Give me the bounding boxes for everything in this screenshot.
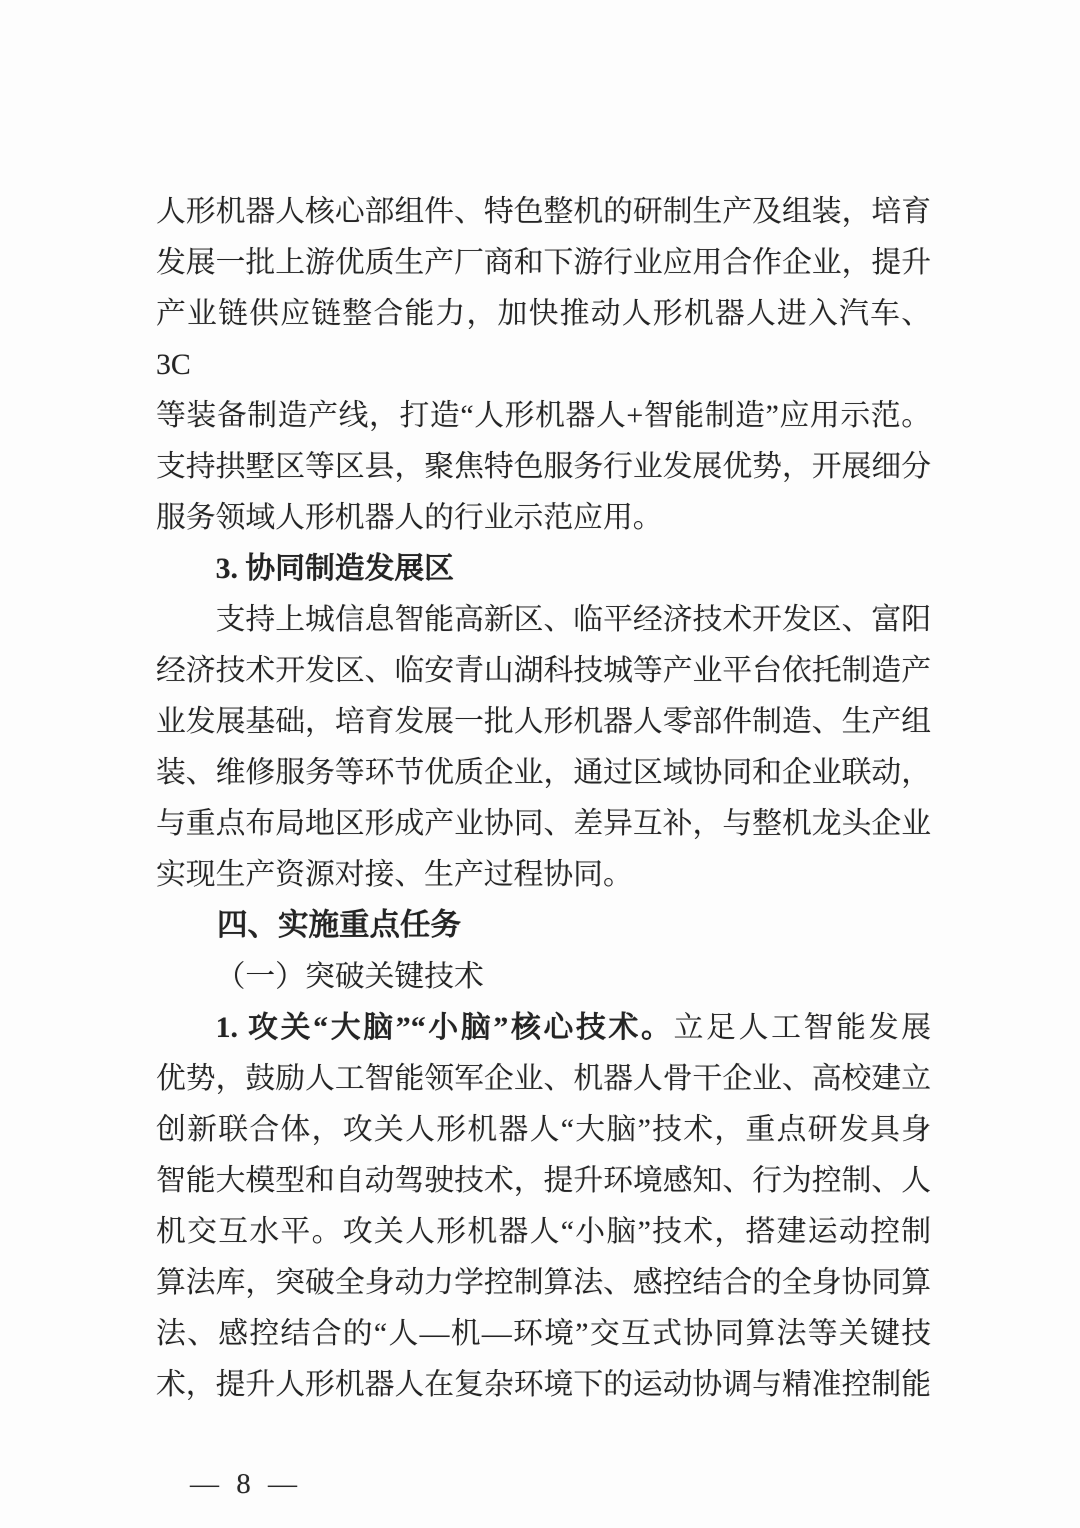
page-number: — 8 — xyxy=(156,1462,931,1506)
text-line: 1. 攻关“大脑”“小脑”核心技术。立足人工智能发展 xyxy=(156,1002,931,1053)
text-segment: 算法库，突破全身动力学控制算法、感控结合的全身协同算 xyxy=(156,1266,931,1299)
text-line: 等装备制造产线，打造“人形机器人+智能制造”应用示范。 xyxy=(156,390,931,441)
text-line: 发展一批上游优质生产厂商和下游行业应用合作企业，提升 xyxy=(156,237,931,288)
text-segment: 智能大模型和自动驾驶技术，提升环境感知、行为控制、人 xyxy=(156,1164,931,1197)
text-line: 智能大模型和自动驾驶技术，提升环境感知、行为控制、人 xyxy=(156,1155,931,1206)
text-segment: 人形机器人核心部组件、特色整机的研制生产及组装，培育 xyxy=(156,195,931,228)
text-line: 算法库，突破全身动力学控制算法、感控结合的全身协同算 xyxy=(156,1257,931,1308)
section-heading-4-key-tasks: 四、实施重点任务 xyxy=(156,900,931,951)
text-line: 优势，鼓励人工智能领军企业、机器人骨干企业、高校建立 xyxy=(156,1053,931,1104)
bold-lead-text: 1. 攻关“大脑”“小脑”核心技术。 xyxy=(216,1011,674,1044)
text-segment: 机交互水平。攻关人形机器人“小脑”技术，搭建运动控制 xyxy=(156,1215,931,1248)
text-segment: 等装备制造产线，打造“人形机器人+智能制造”应用示范。 xyxy=(156,399,931,432)
text-segment: 装、维修服务等环节优质企业，通过区域协同和企业联动， xyxy=(156,756,931,789)
text-line: 实现生产资源对接、生产过程协同。 xyxy=(156,849,931,900)
text-line: 业发展基础，培育发展一批人形机器人零部件制造、生产组 xyxy=(156,696,931,747)
subsection-heading-1-breakthrough-key-technologies: （一）突破关键技术 xyxy=(156,951,931,1002)
paragraph-collaborative-manufacturing: 支持上城信息智能高新区、临平经济技术开发区、富阳经济技术开发区、临安青山湖科技城… xyxy=(156,594,931,900)
paragraph-continued-from-previous-page: 人形机器人核心部组件、特色整机的研制生产及组装，培育发展一批上游优质生产厂商和下… xyxy=(156,186,931,543)
text-line: 机交互水平。攻关人形机器人“小脑”技术，搭建运动控制 xyxy=(156,1206,931,1257)
text-line: 法、感控结合的“人—机—环境”交互式协同算法等关键技 xyxy=(156,1308,931,1359)
text-line: 支持上城信息智能高新区、临平经济技术开发区、富阳 xyxy=(156,594,931,645)
text-line: 支持拱墅区等区县，聚焦特色服务行业发展优势，开展细分 xyxy=(156,441,931,492)
text-line: 术，提升人形机器人在复杂环境下的运动协调与精准控制能 xyxy=(156,1359,931,1410)
text-segment: 优势，鼓励人工智能领军企业、机器人骨干企业、高校建立 xyxy=(156,1062,931,1095)
paragraph-brain-cerebellum-core-tech: 1. 攻关“大脑”“小脑”核心技术。立足人工智能发展优势，鼓励人工智能领军企业、… xyxy=(156,1002,931,1410)
document-page: 人形机器人核心部组件、特色整机的研制生产及组装，培育发展一批上游优质生产厂商和下… xyxy=(0,0,1080,1528)
document-body: 人形机器人核心部组件、特色整机的研制生产及组装，培育发展一批上游优质生产厂商和下… xyxy=(156,186,931,1410)
text-segment: 法、感控结合的“人—机—环境”交互式协同算法等关键技 xyxy=(156,1317,931,1350)
text-line: 人形机器人核心部组件、特色整机的研制生产及组装，培育 xyxy=(156,186,931,237)
text-segment: 发展一批上游优质生产厂商和下游行业应用合作企业，提升 xyxy=(156,246,931,279)
text-segment: 立足人工智能发展 xyxy=(674,1011,931,1044)
text-segment: 业发展基础，培育发展一批人形机器人零部件制造、生产组 xyxy=(156,705,931,738)
text-segment: 产业链供应链整合能力，加快推动人形机器人进入汽车、3C xyxy=(156,297,931,381)
text-segment: 创新联合体，攻关人形机器人“大脑”技术，重点研发具身 xyxy=(156,1113,931,1146)
text-segment: 实现生产资源对接、生产过程协同。 xyxy=(156,858,633,891)
text-line: 经济技术开发区、临安青山湖科技城等产业平台依托制造产 xyxy=(156,645,931,696)
text-line: 创新联合体，攻关人形机器人“大脑”技术，重点研发具身 xyxy=(156,1104,931,1155)
text-segment: 支持拱墅区等区县，聚焦特色服务行业发展优势，开展细分 xyxy=(156,450,931,483)
text-segment: 术，提升人形机器人在复杂环境下的运动协调与精准控制能 xyxy=(156,1368,931,1401)
text-segment: 支持上城信息智能高新区、临平经济技术开发区、富阳 xyxy=(216,603,931,636)
text-segment: 与重点布局地区形成产业协同、差异互补，与整机龙头企业 xyxy=(156,807,931,840)
text-segment: 服务领域人形机器人的行业示范应用。 xyxy=(156,501,663,534)
text-segment: 经济技术开发区、临安青山湖科技城等产业平台依托制造产 xyxy=(156,654,931,687)
section-heading-3-collaborative-manufacturing-zone: 3. 协同制造发展区 xyxy=(156,543,931,594)
text-line: 与重点布局地区形成产业协同、差异互补，与整机龙头企业 xyxy=(156,798,931,849)
text-line: 产业链供应链整合能力，加快推动人形机器人进入汽车、3C xyxy=(156,288,931,390)
text-line: 装、维修服务等环节优质企业，通过区域协同和企业联动， xyxy=(156,747,931,798)
text-line: 服务领域人形机器人的行业示范应用。 xyxy=(156,492,931,543)
